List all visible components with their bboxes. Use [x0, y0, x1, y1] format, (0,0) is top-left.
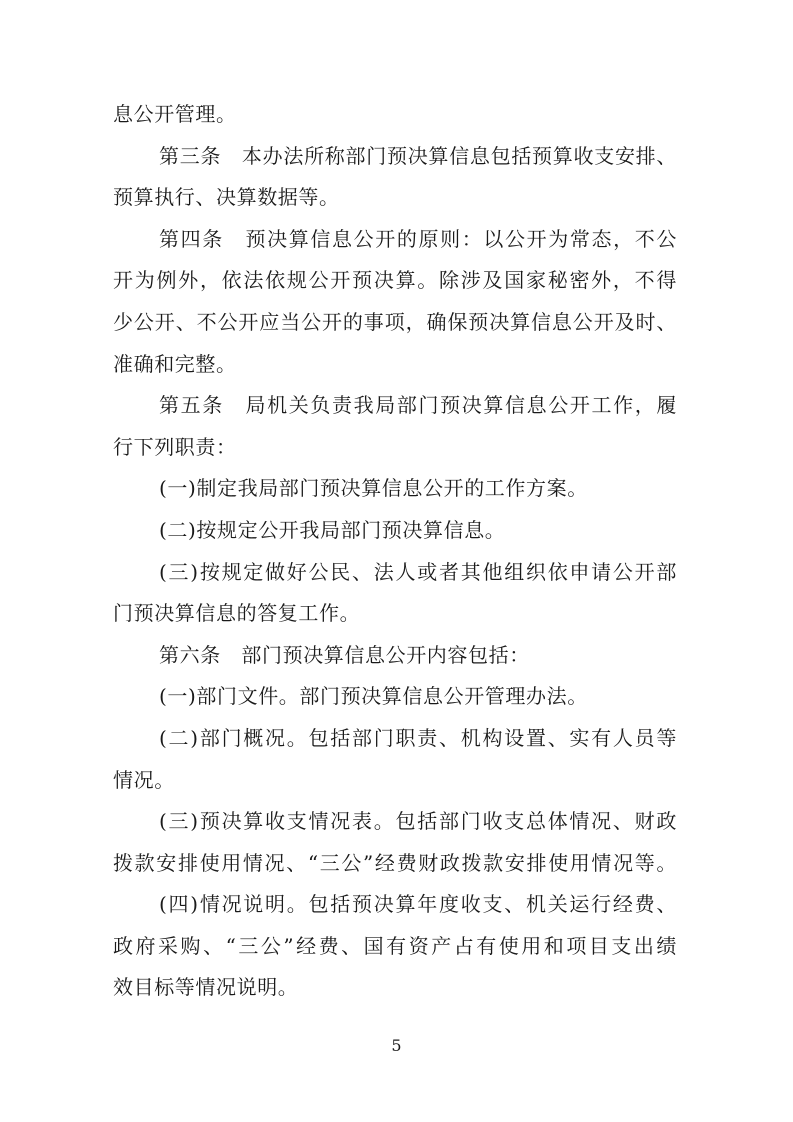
text-line: 预算执行、决算数据等。 — [113, 177, 677, 219]
text-line: 第四条 预决算信息公开的原则：以公开为常态，不公 — [113, 219, 677, 261]
text-line: (一)制定我局部门预决算信息公开的工作方案。 — [113, 468, 677, 510]
text-line: 准确和完整。 — [113, 344, 677, 386]
text-line: (三)预决算收支情况表。包括部门收支总体情况、财政 — [113, 801, 677, 843]
text-line: 效目标等情况说明。 — [113, 967, 677, 1009]
text-line: (二)部门概况。包括部门职责、机构设置、实有人员等 — [113, 718, 677, 760]
text-line: 少公开、不公开应当公开的事项，确保预决算信息公开及时、 — [113, 302, 677, 344]
text-line: 第三条 本办法所称部门预决算信息包括预算收支安排、 — [113, 136, 677, 178]
text-line: 行下列职责： — [113, 427, 677, 469]
text-line: 开为例外，依法依规公开预决算。除涉及国家秘密外，不得 — [113, 260, 677, 302]
text-line: (四)情况说明。包括预决算年度收支、机关运行经费、 — [113, 884, 677, 926]
text-line: (一)部门文件。部门预决算信息公开管理办法。 — [113, 676, 677, 718]
text-line: 情况。 — [113, 760, 677, 802]
page-number: 5 — [0, 1036, 793, 1056]
text-line: 政府采购、“三公”经费、国有资产占有使用和项目支出绩 — [113, 926, 677, 968]
text-line: 拨款安排使用情况、“三公”经费财政拨款安排使用情况等。 — [113, 843, 677, 885]
text-line: (二)按规定公开我局部门预决算信息。 — [113, 510, 677, 552]
document-page: 息公开管理。第三条 本办法所称部门预决算信息包括预算收支安排、预算执行、决算数据… — [0, 0, 793, 1122]
text-line: (三)按规定做好公民、法人或者其他组织依申请公开部 — [113, 552, 677, 594]
text-line: 息公开管理。 — [113, 94, 677, 136]
text-line: 第六条 部门预决算信息公开内容包括： — [113, 635, 677, 677]
text-line: 第五条 局机关负责我局部门预决算信息公开工作，履 — [113, 385, 677, 427]
document-body: 息公开管理。第三条 本办法所称部门预决算信息包括预算收支安排、预算执行、决算数据… — [113, 94, 677, 1009]
text-line: 门预决算信息的答复工作。 — [113, 593, 677, 635]
